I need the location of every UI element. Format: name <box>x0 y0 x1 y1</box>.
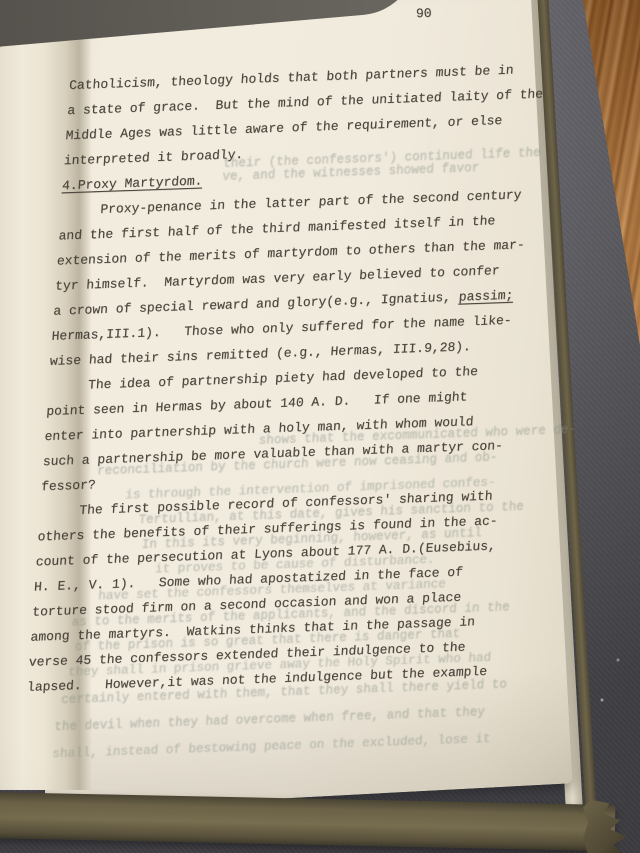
photo-scene: 90 their (the confessors') continued lif… <box>0 0 640 853</box>
underlined-text: passim; <box>458 288 514 305</box>
typed-lines: Catholicism, theology holds that both pa… <box>26 55 595 700</box>
typed-text: interpreted it broadly. <box>63 147 243 168</box>
page-number: 90 <box>416 6 432 22</box>
typed-text: fessor? <box>41 477 97 494</box>
underlined-text: 4.Proxy Martyrdom. <box>62 173 203 193</box>
typed-text-block: their (the confessors') continued life t… <box>26 55 595 700</box>
